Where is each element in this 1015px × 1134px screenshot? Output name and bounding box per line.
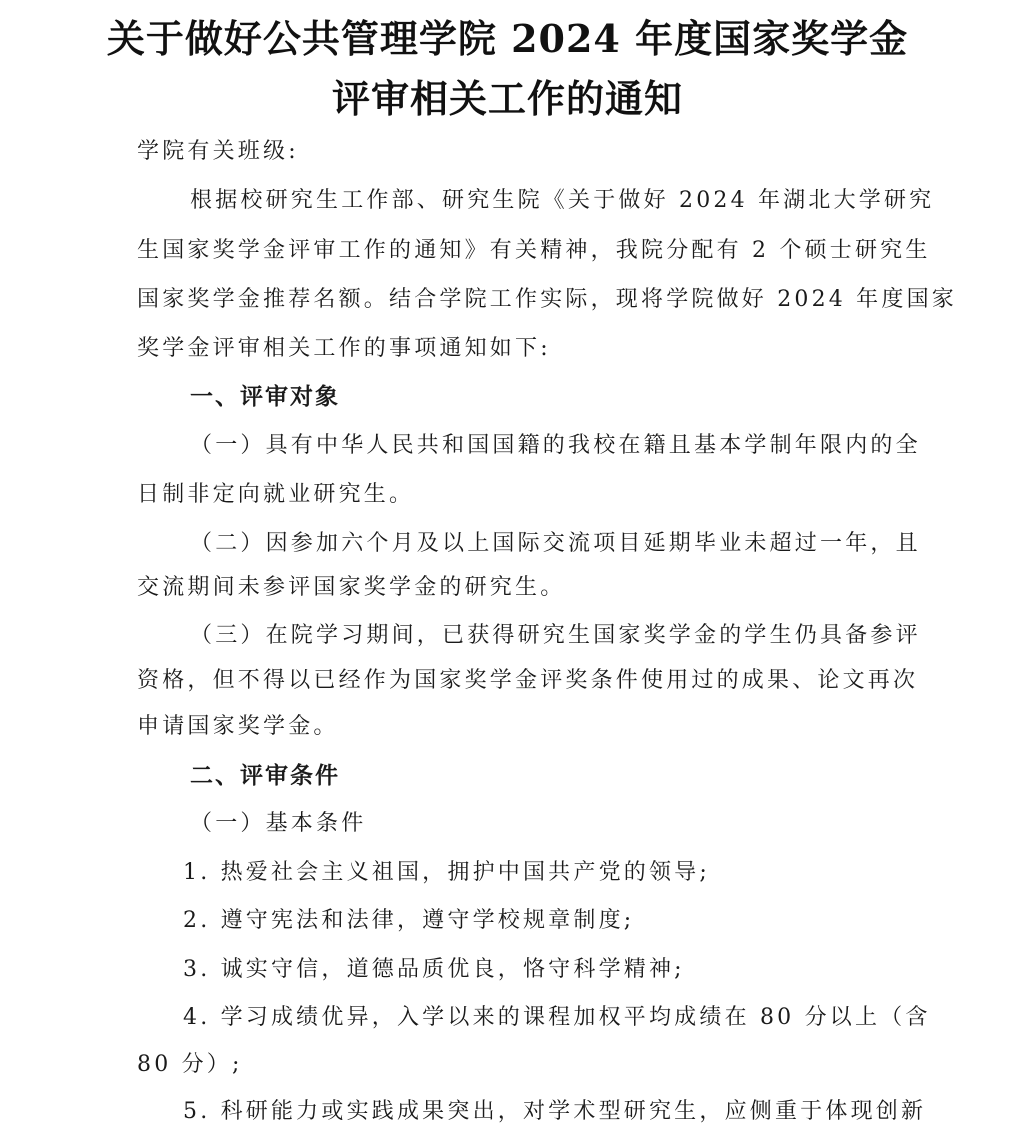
section-2-heading: 二、评审条件 — [190, 757, 940, 790]
section-1-item-1-line-1: （一）具有中华人民共和国国籍的我校在籍且基本学制年限内的全 — [190, 428, 940, 459]
document-title-line-1: 关于做好公共管理学院 2024 年度国家奖学金 — [0, 8, 1015, 63]
section-1-heading: 一、评审对象 — [190, 378, 940, 411]
condition-1: 1. 热爱社会主义祖国，拥护中国共产党的领导; — [183, 855, 933, 886]
intro-line-4: 奖学金评审相关工作的事项通知如下: — [137, 331, 887, 362]
intro-line-1: 根据校研究生工作部、研究生院《关于做好 2024 年湖北大学研究 — [190, 183, 940, 214]
condition-4-line-2: 80 分）; — [137, 1047, 887, 1078]
section-1-item-2-line-1: （二）因参加六个月及以上国际交流项目延期毕业未超过一年，且 — [190, 526, 940, 557]
condition-4-line-1: 4. 学习成绩优异，入学以来的课程加权平均成绩在 80 分以上（含 — [183, 1000, 933, 1031]
section-2-subheading: （一）基本条件 — [190, 806, 940, 837]
condition-3: 3. 诚实守信，道德品质优良，恪守科学精神; — [183, 952, 933, 983]
section-1-item-3-line-1: （三）在院学习期间，已获得研究生国家奖学金的学生仍具备参评 — [190, 618, 940, 649]
intro-line-2: 生国家奖学金评审工作的通知》有关精神，我院分配有 2 个硕士研究生 — [137, 233, 887, 264]
section-1-item-1-line-2: 日制非定向就业研究生。 — [137, 477, 887, 508]
section-1-item-3-line-3: 申请国家奖学金。 — [137, 709, 887, 740]
section-1-item-2-line-2: 交流期间未参评国家奖学金的研究生。 — [137, 570, 887, 601]
condition-2: 2. 遵守宪法和法律，遵守学校规章制度; — [183, 903, 933, 934]
salutation: 学院有关班级: — [137, 134, 887, 165]
condition-5-line-1: 5. 科研能力或实践成果突出，对学术型研究生，应侧重于体现创新 — [183, 1094, 933, 1125]
section-1-item-3-line-2: 资格，但不得以已经作为国家奖学金评奖条件使用过的成果、论文再次 — [137, 663, 887, 694]
intro-line-3: 国家奖学金推荐名额。结合学院工作实际，现将学院做好 2024 年度国家 — [137, 282, 887, 313]
document-title-line-2: 评审相关工作的通知 — [0, 68, 1015, 123]
